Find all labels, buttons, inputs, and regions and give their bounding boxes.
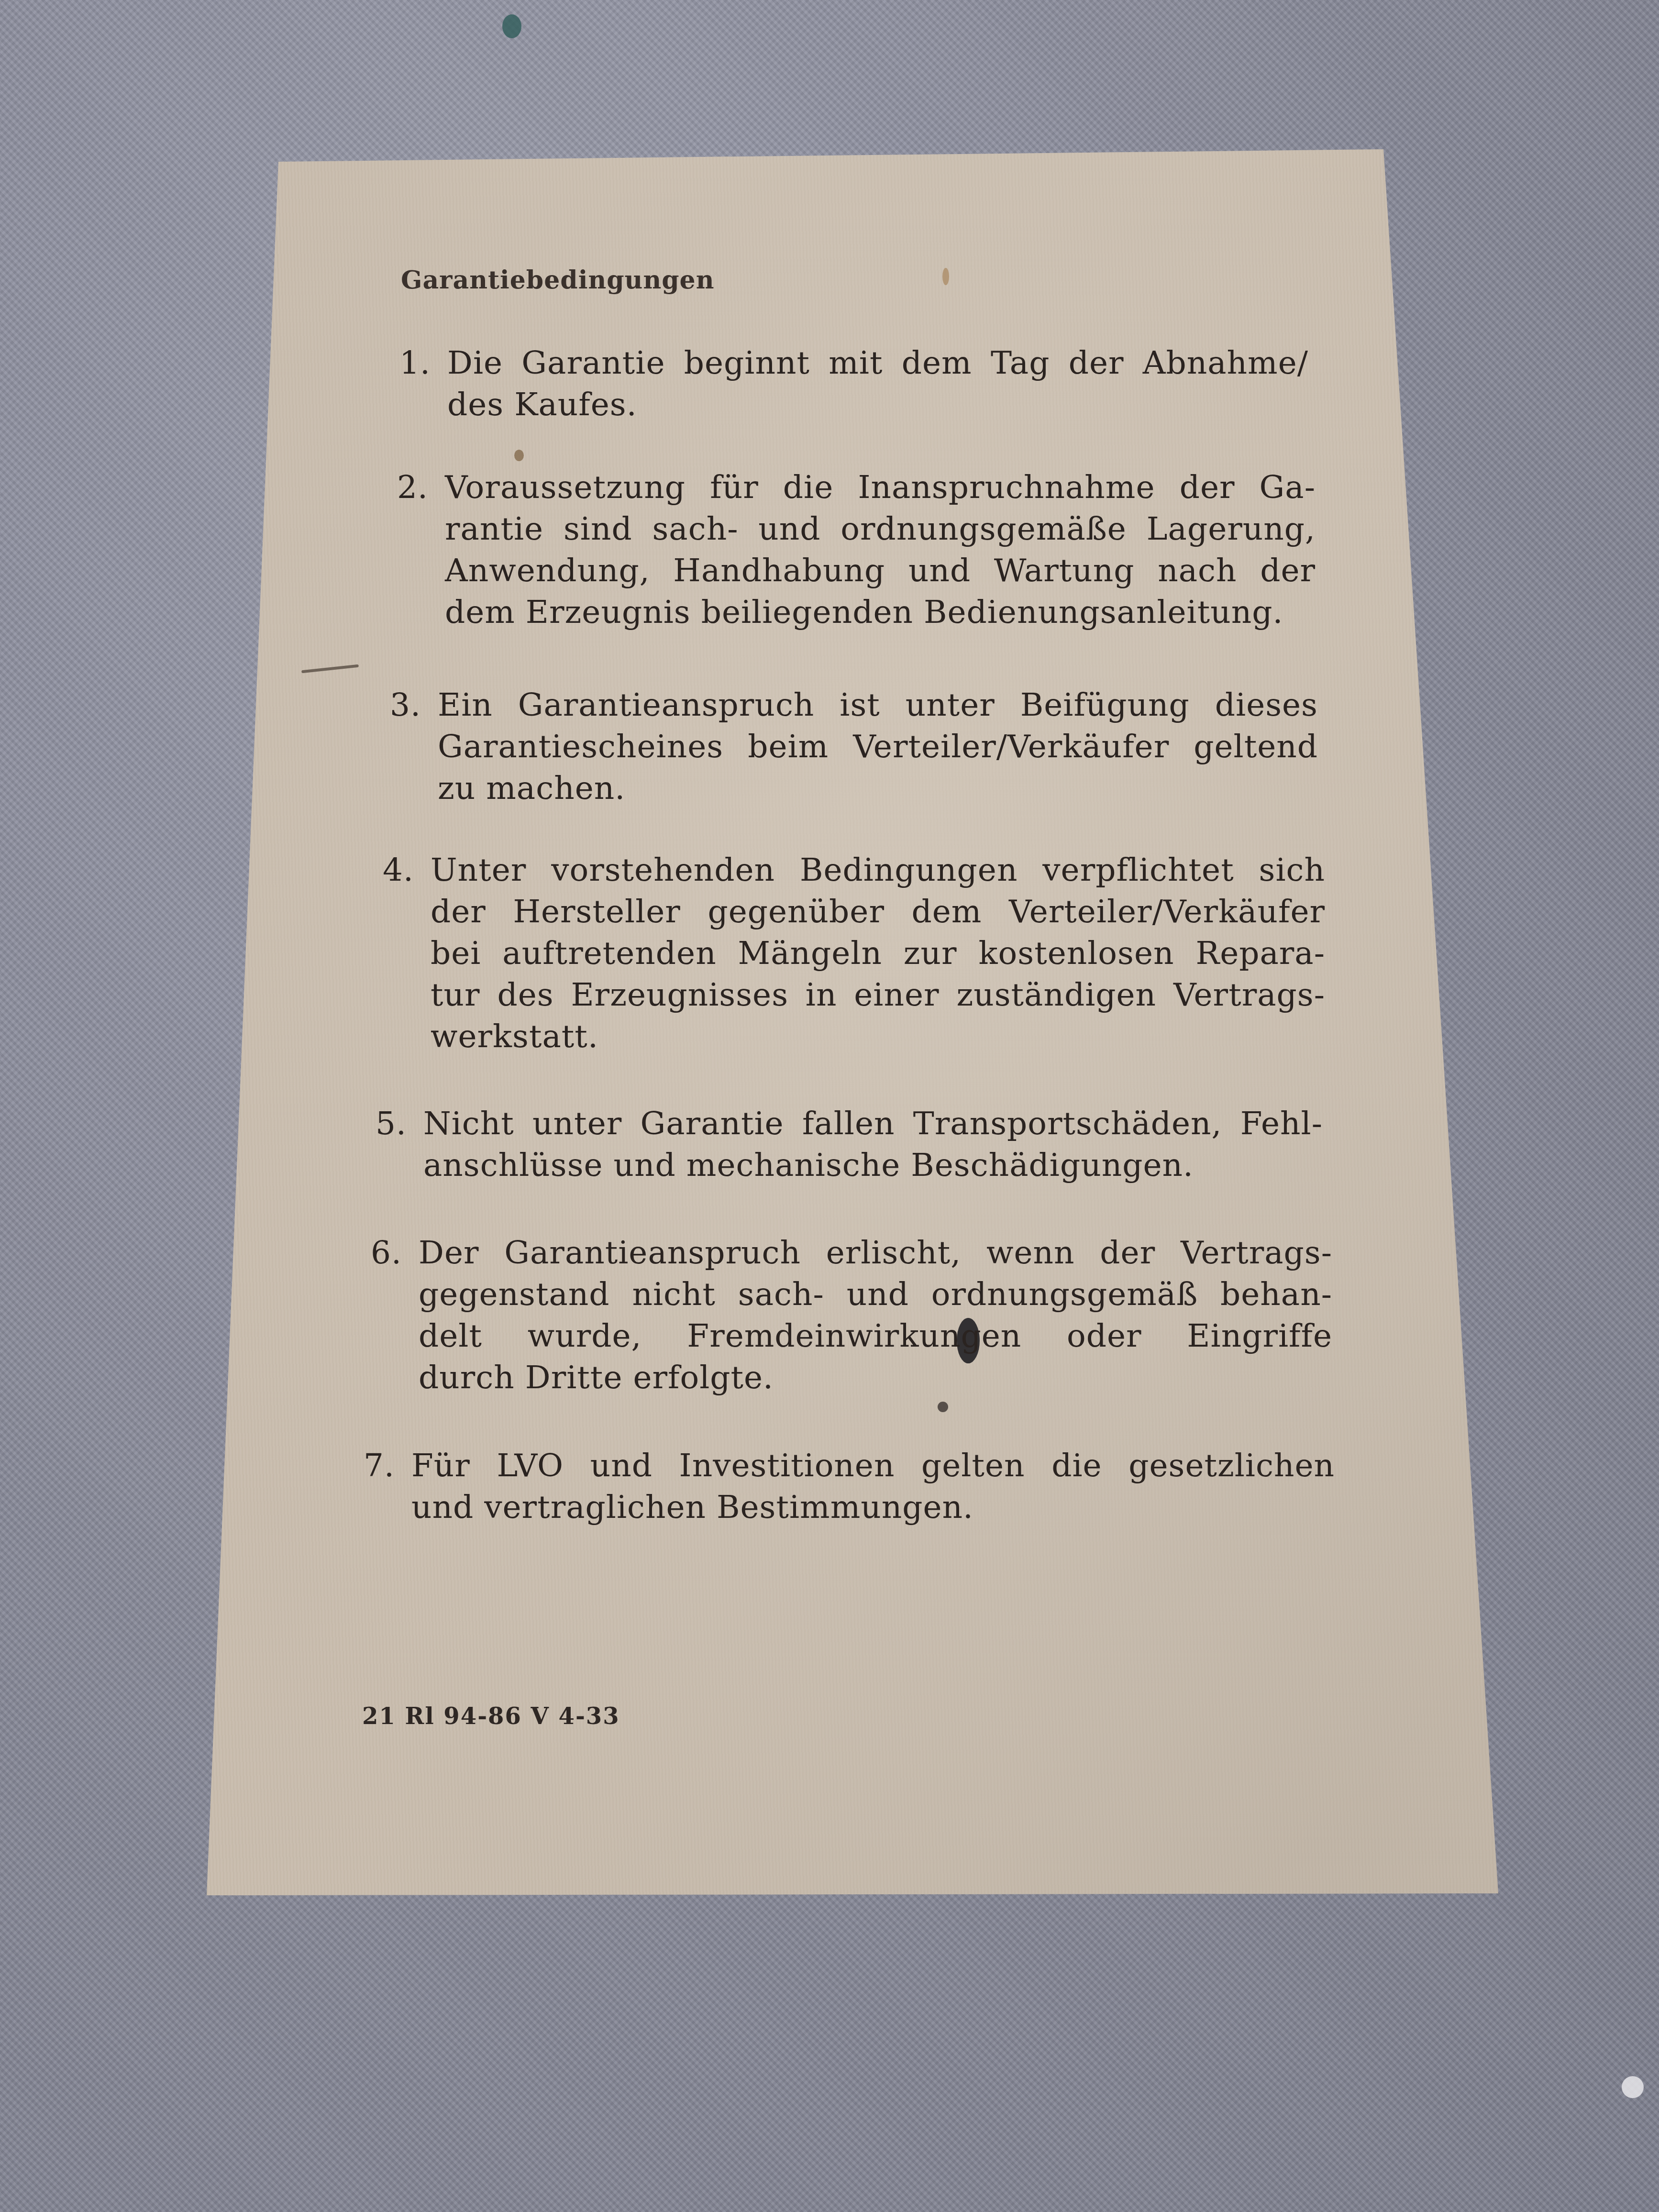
clause-line: Garantiescheines beim Verteiler/Verkäufe… (438, 726, 1318, 767)
document-title: Garantiebedingungen (401, 265, 714, 295)
clause-line: des Kaufes. (447, 384, 1308, 425)
clause-number: 4. (383, 849, 426, 891)
clause-line: tur des Erzeugnisses in einer zuständige… (431, 974, 1325, 1016)
clause-number: 1. (399, 342, 442, 384)
rust-spot (942, 268, 949, 285)
clause-line: dem Erzeugnis beiliegenden Bedienungsanl… (445, 591, 1316, 633)
clause-line: Der Garantieanspruch erlischt, wenn der … (419, 1232, 1332, 1273)
clause-number: 3. (390, 684, 433, 726)
clause-line: und vertraglichen Bestimmungen. (411, 1486, 1335, 1528)
clause-line: rantie sind sach- und ordnungsgemäße Lag… (445, 508, 1316, 550)
clause-line: Ein Garantieanspruch ist unter Beifügung… (438, 684, 1318, 726)
clause-line: anschlüsse und mechanische Beschädigunge… (423, 1144, 1323, 1186)
clause-number: 5. (376, 1103, 419, 1144)
clause-line: Für LVO und Investitionen gelten die ges… (411, 1445, 1335, 1486)
clause-line: bei auftretenden Mängeln zur kostenlosen… (431, 932, 1325, 974)
clause-line: werkstatt. (431, 1016, 1325, 1057)
clause-number: 6. (371, 1232, 414, 1273)
clause-line: der Hersteller gegenüber dem Verteiler/V… (431, 891, 1325, 932)
paper-crease-mark (301, 664, 359, 674)
clause-line: gegenstand nicht sach- und ordnungsgemäß… (419, 1273, 1332, 1315)
clause-line: zu machen. (438, 767, 1318, 809)
clause-line: durch Dritte erfolgte. (419, 1357, 1332, 1398)
warranty-card-content: Garantiebedingungen 1. Die Garantie begi… (0, 0, 1659, 2212)
clause-line: Anwendung, Handhabung und Wartung nach d… (445, 550, 1316, 591)
rust-spot (514, 450, 524, 461)
warranty-card: Garantiebedingungen 1. Die Garantie begi… (0, 0, 1659, 2212)
fabric-spot-bottom-right (1622, 2076, 1644, 2098)
clause-number: 2. (397, 466, 440, 508)
clause-number: 7. (364, 1445, 407, 1486)
fabric-stain-top (502, 14, 521, 38)
clause-line: Voraussetzung für die Inanspruchnahme de… (445, 466, 1316, 508)
print-code: 21 Rl 94-86 V 4-33 (362, 1703, 620, 1730)
clause-line: Die Garantie beginnt mit dem Tag der Abn… (447, 342, 1308, 384)
clause-line: delt wurde, Fremdeinwirkungen oder Eingr… (419, 1315, 1332, 1357)
ink-blot (938, 1402, 948, 1412)
clause-line: Nicht unter Garantie fallen Transportsch… (423, 1103, 1323, 1144)
clause-line: Unter vorstehenden Bedingungen verpflich… (431, 849, 1325, 891)
